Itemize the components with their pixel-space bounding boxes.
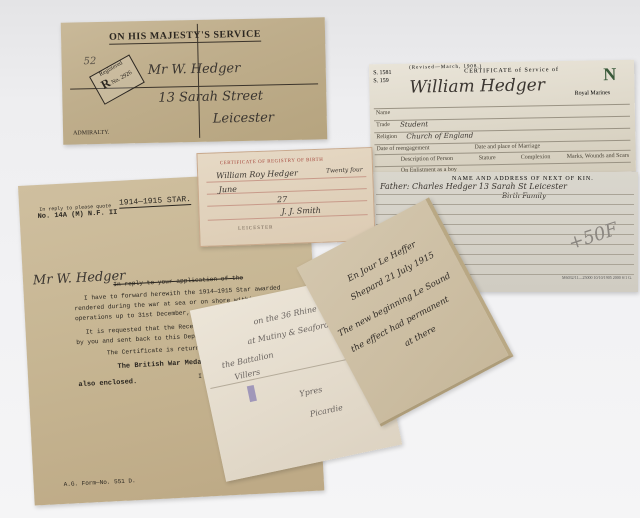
star-title: 1914—1915 STAR. [119,195,191,209]
next-of-kin-entry: Father: Charles Hedger 13 Sarah St Leice… [380,182,567,191]
birth-month: June [219,185,238,195]
purple-ink-mark [247,385,257,402]
form-number-1: S. 1581 [373,70,391,76]
birth-day: 27 [277,195,287,204]
postmark-number: 52 [83,56,96,67]
envelope: ON HIS MAJESTY'S SERVICE 52 Registered R… [61,17,327,145]
religion-value: Church of England [406,132,473,141]
label-trade: Trade [376,122,390,128]
letter-salutation: Mr W. Hedger [33,269,126,289]
registered-letter: R [98,75,112,91]
service-certificate-title: CERTIFICATE of Service of [464,67,559,75]
envelope-header: ON HIS MAJESTY'S SERVICE [109,29,261,45]
birth-certificate: CERTIFICATE OF REGISTRY OF BIRTH William… [196,147,375,247]
label-reengagement: Date of reengagement [376,145,429,152]
letter-line-1: In reply to your application of the [113,274,243,288]
n-badge: N [603,64,616,85]
label-name: Name [376,110,390,116]
notebook-line-5: at there [403,324,438,349]
birth-certificate-title: CERTIFICATE OF REGISTRY OF BIRTH [220,158,324,167]
next-of-kin-footer: M6032/11—25000 10/10/1905 2000 S/1 G. [562,275,632,280]
trade-value: Student [400,120,428,128]
registered-label-stamp: Registered R No. 2926 [89,54,145,104]
envelope-department: ADMIRALTY. [73,130,109,137]
column-complexion: Complexion [521,154,551,161]
address-line-3: Leicester [213,110,275,126]
birth-registrar: J. J. Smith [281,206,321,216]
birth-place: LEICESTER [238,225,274,231]
form-number-2: S. 159 [373,78,388,84]
birth-year: Twenty four [326,166,363,174]
label-marriage: Date and place of Marriage [474,143,540,150]
column-marks: Marks, Wounds and Scars [567,153,630,160]
letter-line-9: also enclosed. [78,378,137,389]
address-line-2: 13 Sarah Street [158,89,263,106]
letter-line-8: The British War Medal [117,358,206,371]
page-line-5: Ypres [299,385,323,399]
service-certificate: S. 1581 S. 159 (Revised—March, 1908.) CE… [369,60,636,177]
servicemember-name: William Hedger [409,75,545,97]
address-line-1: Mr W. Hedger [148,61,241,78]
page-line-6: Picardie [309,403,344,419]
column-stature: Stature [479,155,496,161]
letter-form-footer: A.G. Form—No. 551 D. [64,477,136,488]
label-description: Description of Person [401,156,453,163]
registered-number: No. 2926 [111,70,133,86]
page-line-3: the Battalion [221,350,274,370]
corps-label: Royal Marines [575,90,611,97]
label-religion: Religion [376,134,397,140]
